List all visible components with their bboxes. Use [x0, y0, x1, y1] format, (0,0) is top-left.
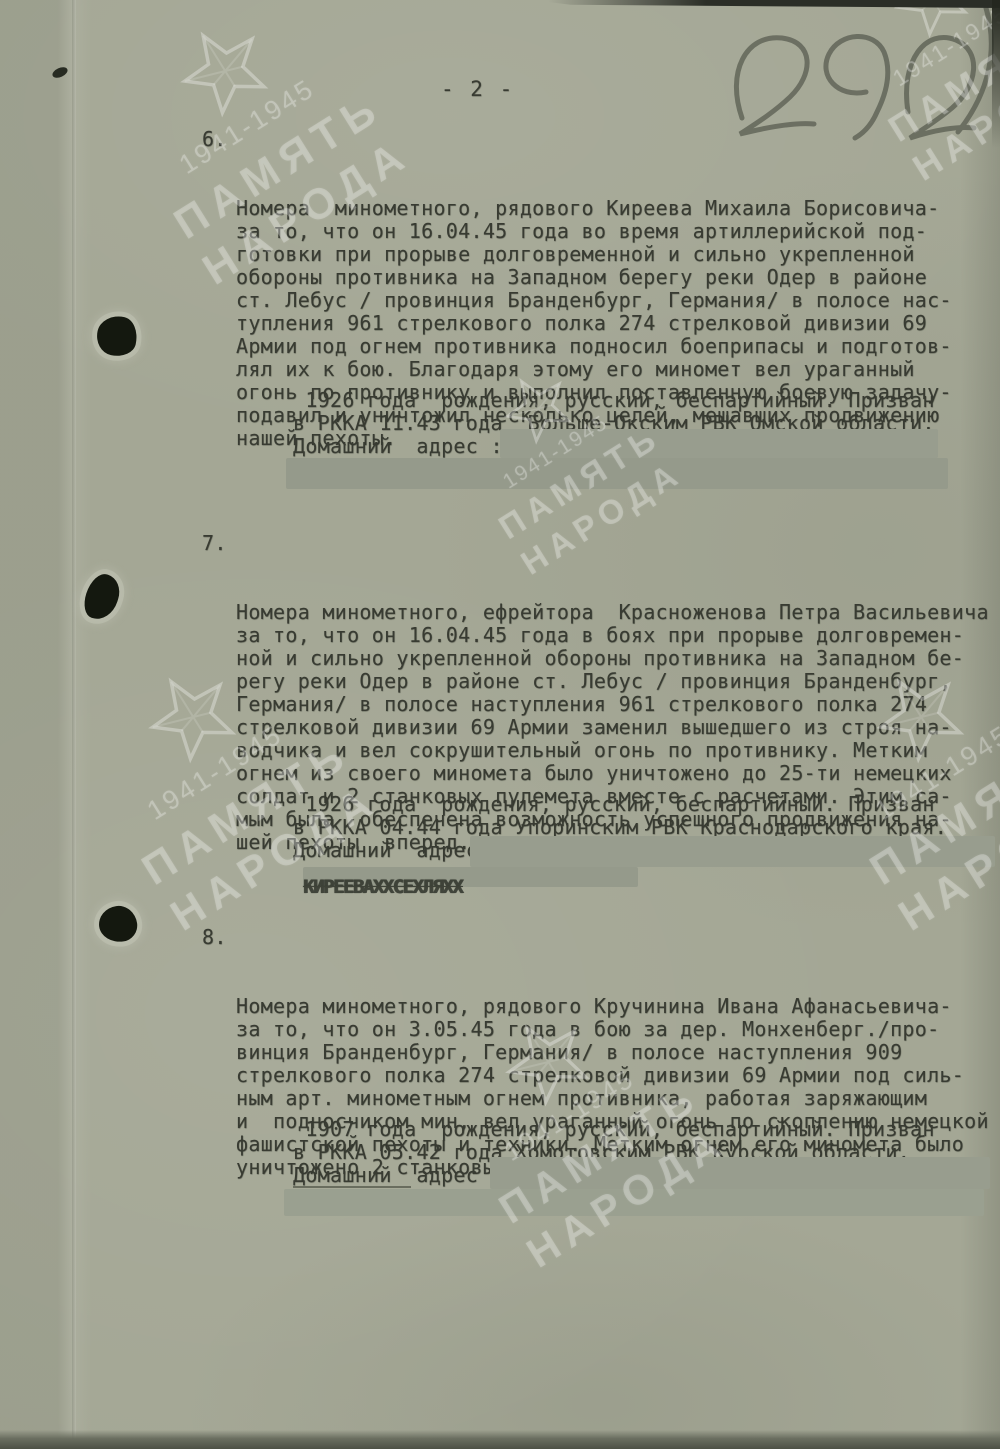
hole-punch [80, 570, 125, 624]
hole-punch [93, 312, 140, 359]
entry-7-number: 7. [202, 532, 227, 555]
struck-out-text: КИРЕЕВАХХСЕХЛЯХХ [303, 876, 462, 898]
hole-punch [97, 904, 140, 945]
page-number: - 2 - [441, 78, 514, 101]
document-page: - 2 - 6. Номера минометного, рядового Ки… [0, 0, 1000, 1449]
scan-edge-bottom [0, 1430, 1000, 1449]
star-outline-icon [162, 7, 285, 130]
redaction-bar [500, 429, 938, 458]
entry-8-number: 8. [202, 926, 227, 949]
label-underline [293, 1186, 411, 1188]
scan-edge-right [992, 0, 1000, 148]
entry-6-number: 6. [202, 128, 227, 151]
redaction-bar [286, 458, 948, 489]
scan-edge-top [548, 0, 1000, 8]
redaction-bar [470, 836, 995, 867]
paper-speck [51, 65, 69, 80]
paper-crease [72, 0, 76, 1449]
redaction-bar [284, 1189, 984, 1216]
watermark-years: 1941-1945 [889, 0, 1000, 93]
redaction-bar [490, 1157, 990, 1189]
